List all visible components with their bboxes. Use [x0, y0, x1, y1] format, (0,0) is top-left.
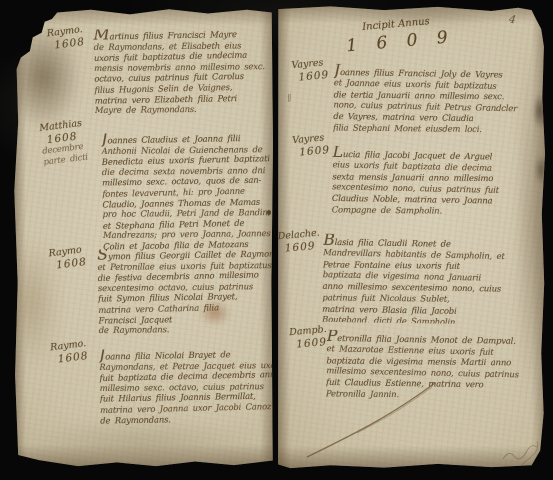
right-page: Incipit Annus 1 6 0 9 4 Vayres 1609 ⫽ Jo… — [277, 5, 545, 469]
manuscript-text-line: Petronilla Jannin. — [326, 390, 536, 403]
margin-date-label: Raymo. 1608 — [50, 338, 89, 366]
margin-year: 1609 — [290, 336, 328, 351]
left-page: Raymo. 1608 Martinus filius Francisci Ma… — [13, 7, 273, 467]
register-entry-left-4: Raymo. 1608 Joanna filia Nicolai Brayet … — [13, 2, 281, 466]
manuscript-text-line: de Raymondans. — [100, 413, 278, 427]
register-entry-right-4: Dampb. 1609 Petronilla filia Joannis Mon… — [270, 5, 545, 473]
margin-date-label: Dampb. 1609 — [289, 324, 328, 351]
entry-text: Joanna filia Nicolai Brayet deRaymondans… — [99, 346, 278, 427]
entry-text: Petronilla filia Joannis Monot de Dampva… — [326, 330, 537, 403]
